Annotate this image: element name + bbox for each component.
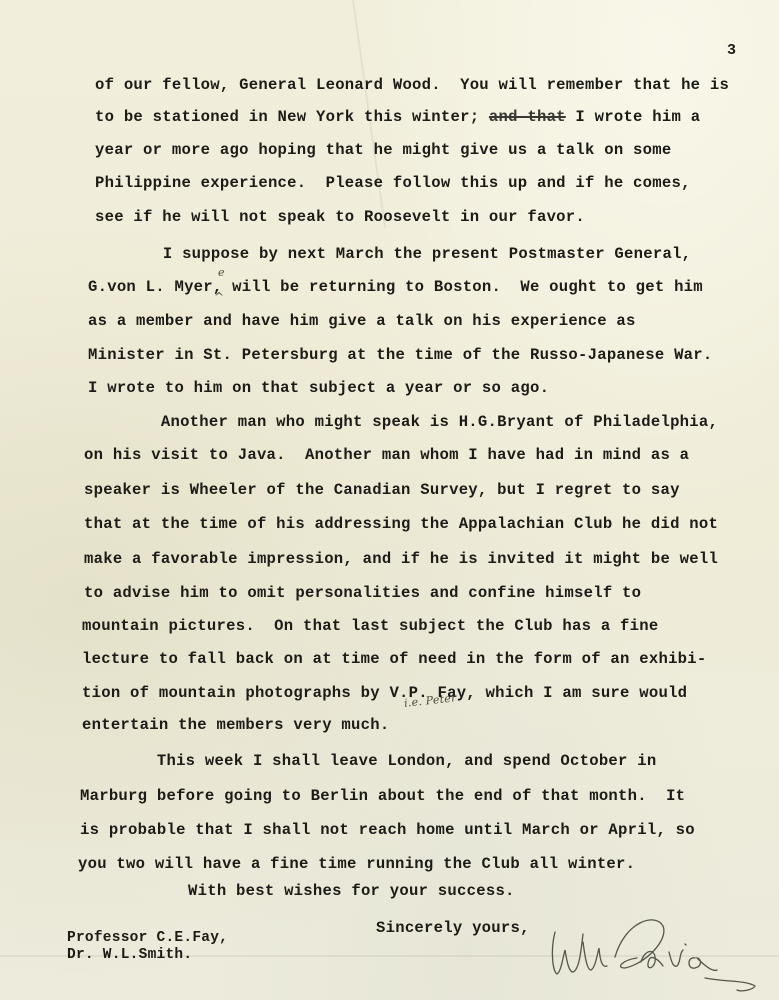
text-line: entertain the members very much. bbox=[82, 716, 389, 734]
text-line: Another man who might speak is H.G.Bryan… bbox=[84, 413, 718, 431]
page-number: 3 bbox=[727, 42, 736, 59]
letter-page: 3 of our fellow, General Leonard Wood. Y… bbox=[0, 0, 779, 1000]
addressee-line: Dr. W.L.Smith. bbox=[67, 947, 192, 964]
text-line: I suppose by next March the present Post… bbox=[86, 245, 691, 263]
text-fragment: I wrote him a bbox=[566, 108, 701, 126]
text-line: mountain pictures. On that last subject … bbox=[82, 617, 658, 635]
struck-text: and that bbox=[489, 108, 566, 126]
text-line: speaker is Wheeler of the Canadian Surve… bbox=[84, 481, 680, 499]
text-line: is probable that I shall not reach home … bbox=[80, 821, 695, 839]
text-line: year or more ago hoping that he might gi… bbox=[95, 141, 671, 159]
text-line: on his visit to Java. Another man whom I… bbox=[84, 446, 689, 464]
text-line: to advise him to omit personalities and … bbox=[84, 584, 641, 602]
handwritten-caret: ^ bbox=[214, 290, 224, 304]
text-line: This week I shall leave London, and spen… bbox=[80, 752, 656, 770]
text-line-with-strikeout: to be stationed in New York this winter;… bbox=[95, 108, 700, 126]
text-fragment: to be stationed in New York this winter; bbox=[95, 108, 489, 126]
text-line: lecture to fall back on at time of need … bbox=[82, 650, 707, 668]
text-line: Minister in St. Petersburg at the time o… bbox=[88, 346, 713, 364]
addressee-line: Professor C.E.Fay, bbox=[67, 930, 228, 947]
text-line: see if he will not speak to Roosevelt in… bbox=[95, 208, 585, 226]
text-line: make a favorable impression, and if he i… bbox=[84, 550, 718, 568]
text-line: as a member and have him give a talk on … bbox=[88, 312, 636, 330]
text-line: of our fellow, General Leonard Wood. You… bbox=[95, 76, 729, 94]
text-line: I wrote to him on that subject a year or… bbox=[88, 379, 549, 397]
handwritten-insert-e: e bbox=[218, 266, 225, 279]
text-line: Marburg before going to Berlin about the… bbox=[80, 787, 685, 805]
closing-wish: With best wishes for your success. bbox=[188, 882, 515, 900]
text-line: Philippine experience. Please follow thi… bbox=[95, 174, 691, 192]
handwritten-signature bbox=[545, 912, 765, 992]
text-line: tion of mountain photographs by V.P. Fay… bbox=[82, 684, 687, 702]
text-line: you two will have a fine time running th… bbox=[78, 855, 635, 873]
valediction: Sincerely yours, bbox=[376, 919, 530, 937]
text-line: G.von L. Myer, will be returning to Bost… bbox=[88, 278, 703, 296]
text-line: that at the time of his addressing the A… bbox=[84, 515, 718, 533]
